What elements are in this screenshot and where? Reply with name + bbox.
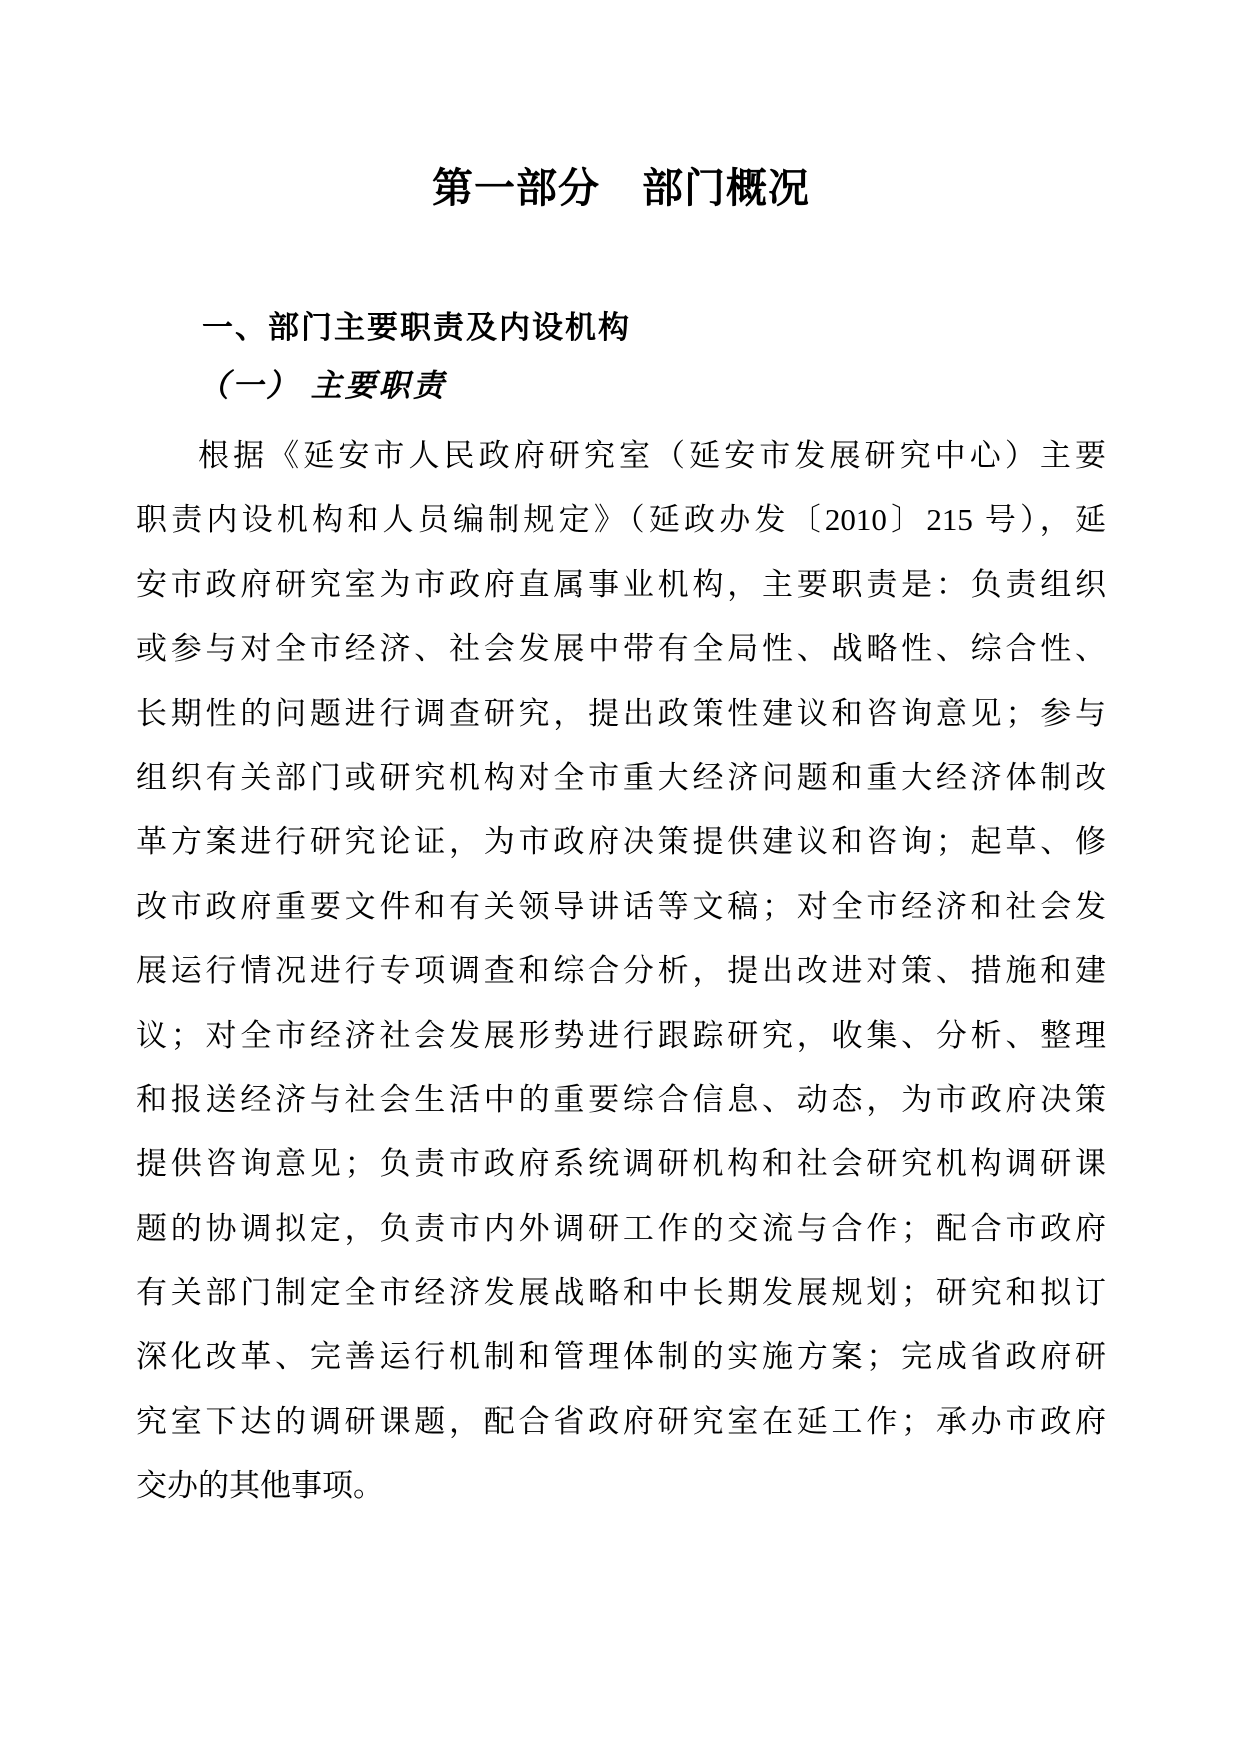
section-heading: 一、部门主要职责及内设机构 <box>136 302 1106 347</box>
subsection-heading: （一） 主要职责 <box>136 360 1106 405</box>
paragraph-line: 根据《延安市人民政府研究室（延安市发展研究中心）主要 <box>136 424 1106 488</box>
paragraph-line: 题的协调拟定，负责市内外调研工作的交流与合作；配合市政府 <box>136 1197 1106 1261</box>
paragraph-line: 交办的其他事项。 <box>136 1454 1106 1518</box>
paragraph-line: 职责内设机构和人员编制规定》（延政办发〔2010〕215 号），延 <box>136 488 1106 552</box>
paragraph-line: 深化改革、完善运行机制和管理体制的实施方案；完成省政府研 <box>136 1325 1106 1389</box>
main-paragraph: 根据《延安市人民政府研究室（延安市发展研究中心）主要 职责内设机构和人员编制规定… <box>136 424 1106 1519</box>
paragraph-line: 究室下达的调研课题，配合省政府研究室在延工作；承办市政府 <box>136 1390 1106 1454</box>
paragraph-line: 改市政府重要文件和有关领导讲话等文稿；对全市经济和社会发 <box>136 875 1106 939</box>
document-page: 第一部分 部门概况 一、部门主要职责及内设机构 （一） 主要职责 根据《延安市人… <box>0 0 1241 1755</box>
paragraph-line: 有关部门制定全市经济发展战略和中长期发展规划；研究和拟订 <box>136 1261 1106 1325</box>
paragraph-line: 安市政府研究室为市政府直属事业机构，主要职责是：负责组织 <box>136 553 1106 617</box>
paragraph-line: 提供咨询意见；负责市政府系统调研机构和社会研究机构调研课 <box>136 1132 1106 1196</box>
paragraph-line: 长期性的问题进行调查研究，提出政策性建议和咨询意见；参与 <box>136 682 1106 746</box>
paragraph-line: 议；对全市经济社会发展形势进行跟踪研究，收集、分析、整理 <box>136 1004 1106 1068</box>
paragraph-line: 组织有关部门或研究机构对全市重大经济问题和重大经济体制改 <box>136 746 1106 810</box>
paragraph-line: 和报送经济与社会生活中的重要综合信息、动态，为市政府决策 <box>136 1068 1106 1132</box>
paragraph-line: 展运行情况进行专项调查和综合分析，提出改进对策、措施和建 <box>136 939 1106 1003</box>
paragraph-line: 或参与对全市经济、社会发展中带有全局性、战略性、综合性、 <box>136 617 1106 681</box>
document-title: 第一部分 部门概况 <box>136 155 1106 214</box>
paragraph-line: 革方案进行研究论证，为市政府决策提供建议和咨询；起草、修 <box>136 810 1106 874</box>
